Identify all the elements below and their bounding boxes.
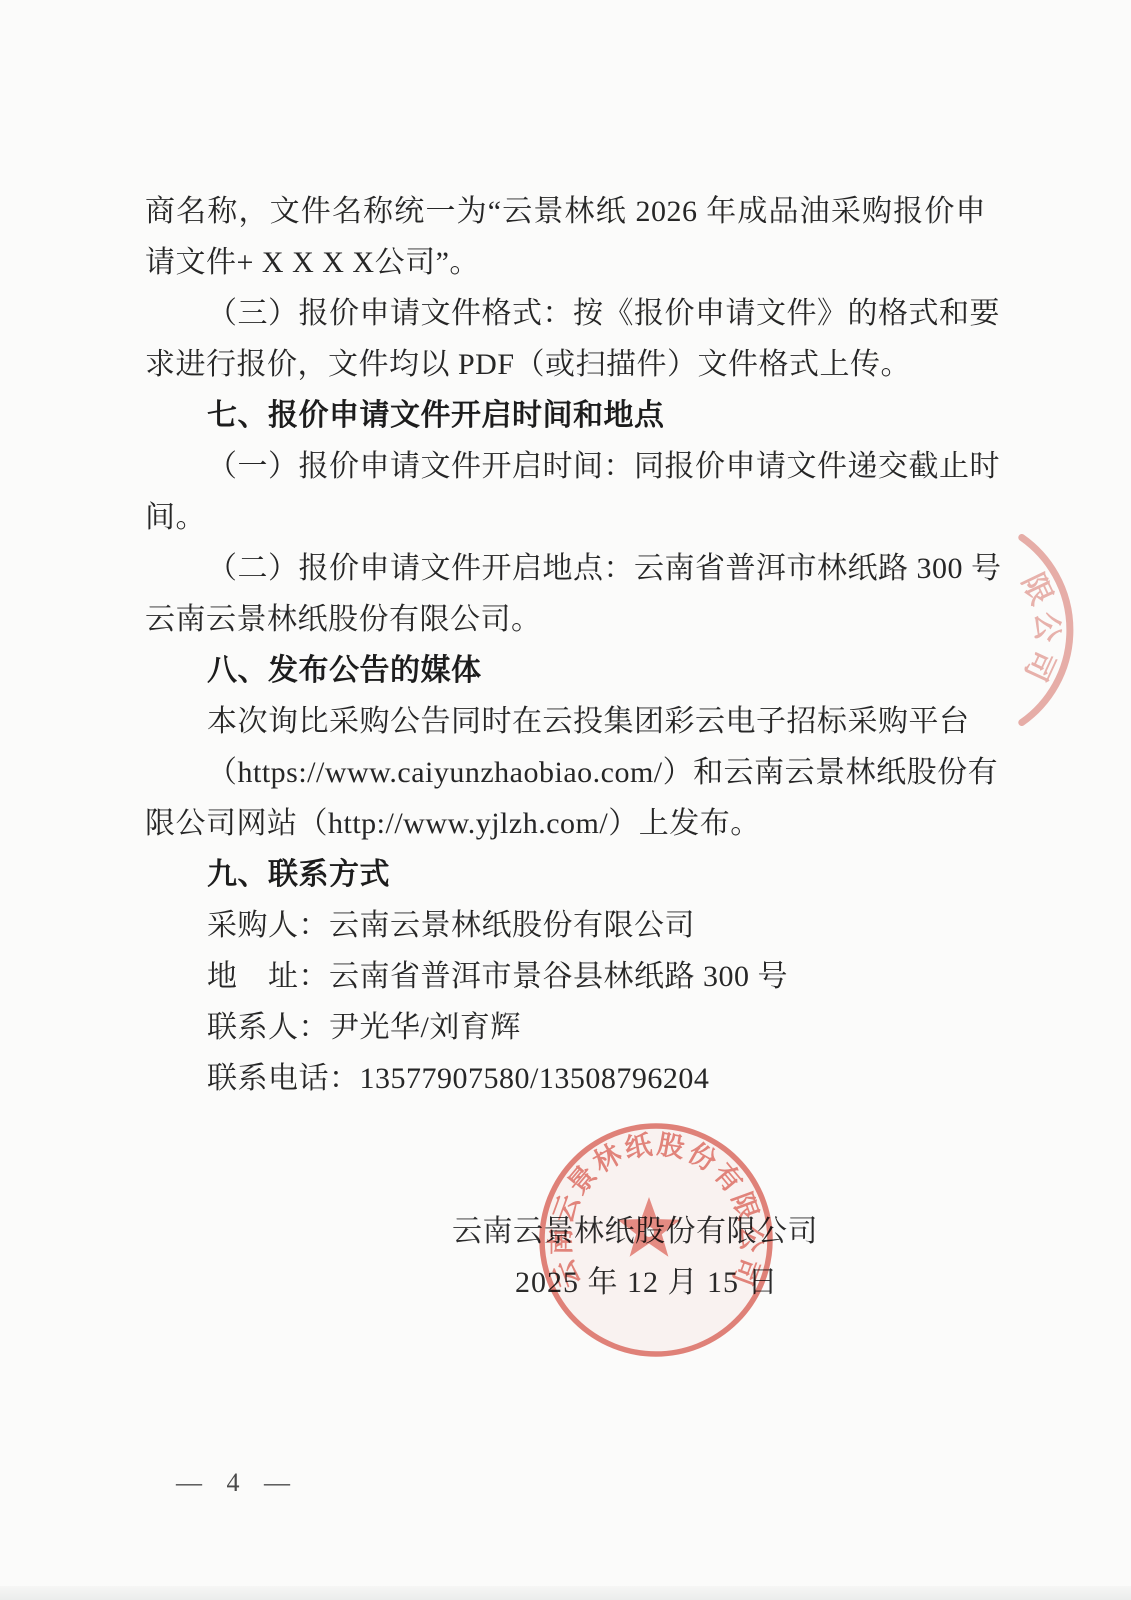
doc-line: 商名称，文件名称统一为“云景林纸 2026 年成品油采购报价申 (145, 186, 986, 237)
signature-company: 云南云景林纸股份有限公司 (452, 1206, 818, 1250)
scan-artifact-band (0, 1586, 1131, 1600)
doc-line: 请文件+ X X X X公司”。 (145, 237, 986, 288)
partial-seal-arc (1022, 538, 1070, 723)
heading-section-8: 八、发布公告的媒体 (145, 645, 986, 696)
contact-purchaser-line: 采购人：云南云景林纸股份有限公司 (145, 900, 986, 951)
contact-address-line: 地 址：云南省普洱市景谷县林纸路 300 号 (145, 951, 986, 1002)
partial-seal-text: 限公司 (1015, 569, 1063, 691)
doc-line: 求进行报价，文件均以 PDF（或扫描件）文件格式上传。 (145, 339, 986, 390)
page-number: — 4 — (176, 1468, 292, 1498)
contact-person-line: 联系人：尹光华/刘育辉 (145, 1002, 986, 1053)
doc-line: 间。 (145, 492, 986, 543)
doc-line: 限公司网站（http://www.yjlzh.com/）上发布。 (145, 798, 986, 849)
contact-phone-line: 联系电话：13577907580/13508796204 (145, 1053, 986, 1104)
document-body: 商名称，文件名称统一为“云景林纸 2026 年成品油采购报价申 请文件+ X X… (145, 186, 986, 1104)
doc-line: 本次询比采购公告同时在云投集团彩云电子招标采购平台 (145, 696, 986, 747)
doc-line: （三）报价申请文件格式：按《报价申请文件》的格式和要 (145, 288, 986, 339)
heading-section-7: 七、报价申请文件开启时间和地点 (145, 390, 986, 441)
document-page: 商名称，文件名称统一为“云景林纸 2026 年成品油采购报价申 请文件+ X X… (0, 0, 1131, 1600)
doc-line: 云南云景林纸股份有限公司。 (145, 594, 986, 645)
doc-line: （二）报价申请文件开启地点：云南省普洱市林纸路 300 号 (145, 543, 986, 594)
heading-section-9: 九、联系方式 (145, 849, 986, 900)
doc-line: （https://www.caiyunzhaobiao.com/）和云南云景林纸… (145, 747, 986, 798)
doc-line: （一）报价申请文件开启时间：同报价申请文件递交截止时 (145, 441, 986, 492)
signature-date: 2025 年 12 月 15 日 (515, 1257, 779, 1301)
